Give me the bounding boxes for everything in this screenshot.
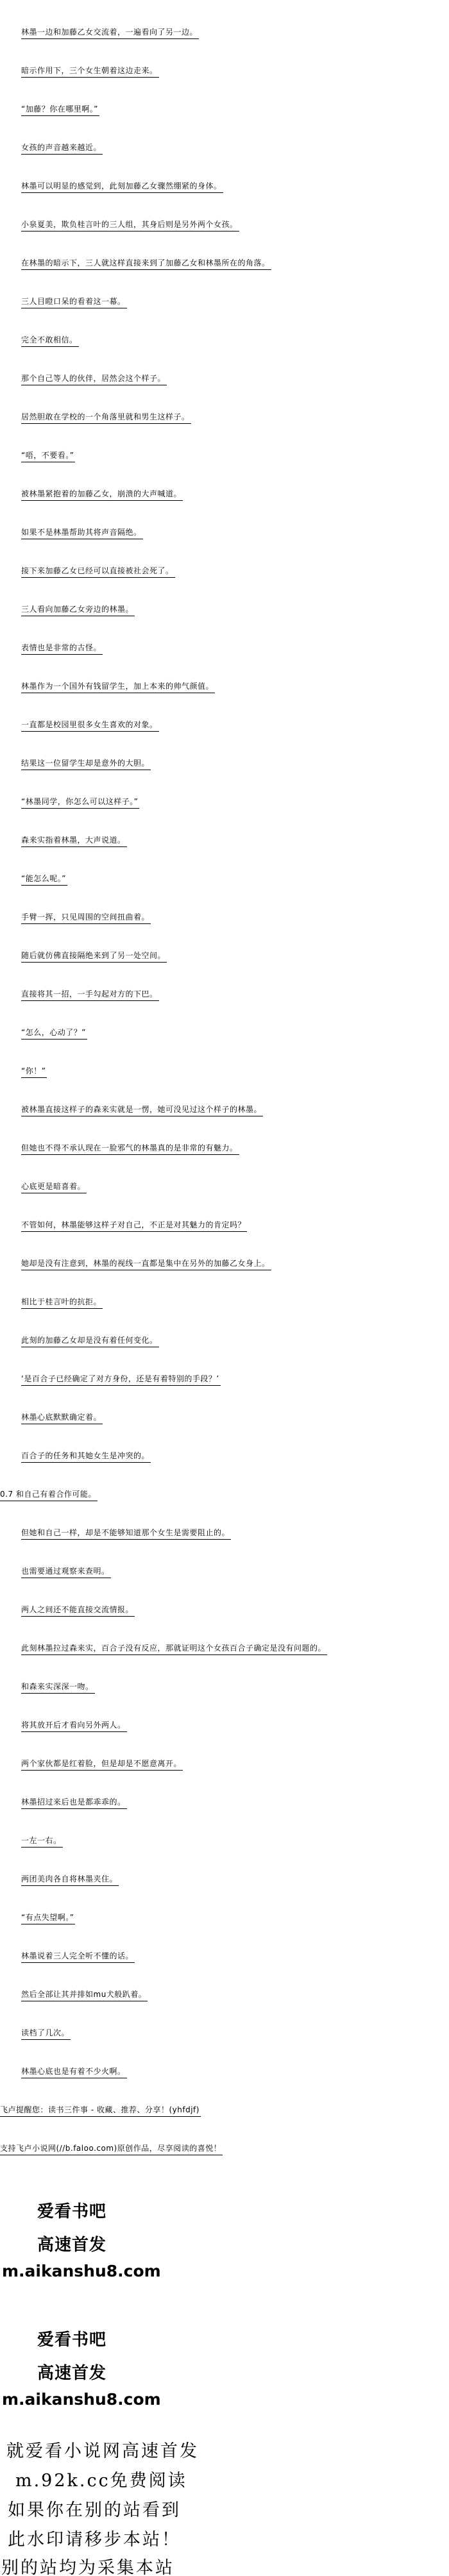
paragraph-line: 一直都是校园里很多女生喜欢的对象。 [21, 720, 159, 732]
paragraph-line: 手臂一挥，只见周围的空间扭曲着。 [21, 913, 151, 924]
paragraph-line: 林墨心底默默确定着。 [21, 1413, 103, 1424]
paragraph-line: “能怎么呢。” [21, 874, 67, 886]
paragraph-line: 林墨一边和加藤乙女交流着，一遍看向了另一边。 [21, 28, 199, 39]
paragraph-line: 林墨招过来后也是都乖乖的。 [21, 1797, 127, 1809]
paragraph-line: 完全不敢相信。 [21, 335, 79, 347]
paragraph-line: 小泉夏美，欺负桂言叶的三人组，其身后则是另外两个女孩。 [21, 220, 239, 232]
paragraph-line: 将其放开后才看向另外两人。 [21, 1721, 127, 1732]
paragraph-line: 那个自己等人的伙伴，居然会这个样子。 [21, 374, 167, 385]
paragraph-line: 百合子的任务和其她女生是冲突的。 [21, 1451, 151, 1463]
paragraph-line: 此刻的加藤乙女却是没有着任何变化。 [21, 1336, 159, 1347]
watermark-subtitle: 高速首发 [37, 2232, 106, 2255]
paragraph-line: 表情也是非常的古怪。 [21, 643, 103, 655]
paragraph-line: 接下来加藤乙女已经可以直接被社会死了。 [21, 566, 175, 578]
paragraph-line: 林墨心底也是有着不少火啊。 [21, 2067, 127, 2078]
paragraph-line: “有点失望啊。” [21, 1913, 75, 1924]
paragraph-line: 三人看向加藤乙女旁边的林墨。 [21, 605, 135, 616]
notice-line: m.92k.cc免费阅读 [15, 2466, 187, 2491]
paragraph-line: 林墨可以明显的感觉到，此刻加藤乙女骤然绷紧的身体。 [21, 181, 223, 193]
paragraph-line: 如果不是林墨帮助其将声音隔绝。 [21, 528, 143, 539]
paragraph-line: 在林墨的暗示下，三人就这样直接来到了加藤乙女和林墨所在的角落。 [21, 258, 271, 270]
paragraph-line: 两团美肉各自将林墨夹住。 [21, 1874, 119, 1886]
paragraph-line: 森来实指着林墨，大声说道。 [21, 836, 127, 847]
watermark-title: 爱看书吧 [37, 2327, 106, 2350]
watermark-subtitle: 高速首发 [37, 2360, 106, 2384]
paragraph-line: 林墨作为一个国外有钱留学生，加上本来的帅气颜值。 [21, 682, 215, 693]
paragraph-line: 三人目瞪口呆的看着这一幕。 [21, 297, 127, 308]
paragraph-line: 结果这一位留学生却是意外的大胆。 [21, 759, 151, 770]
paragraph-line: 然后全部让其并排如mu犬般趴着。 [21, 1990, 148, 2001]
paragraph-line: 0.7 和自己有着合作可能。 [0, 1490, 97, 1501]
paragraph-line: 被林墨紧抱着的加藤乙女，崩溃的大声喊道。 [21, 489, 183, 501]
paragraph-line: ‘是百合子已经确定了对方身份，还是有着特别的手段？’ [21, 1374, 221, 1386]
paragraph-line: 但她和自己一样，却是不能够知道那个女生是需要阻止的。 [21, 1528, 231, 1540]
paragraph-line: “林墨同学，你怎么可以这样子。” [21, 797, 139, 809]
paragraph-line: 暗示作用下，三个女生朝着这边走来。 [21, 66, 159, 78]
watermark-title: 爱看书吧 [37, 2198, 106, 2222]
paragraph-line: 但她也不得不承认现在一脸邪气的林墨真的是非常的有魅力。 [21, 1143, 239, 1155]
paragraph-line: 心底更是暗喜着。 [21, 1182, 87, 1193]
footer-reminder: 飞卢提醒您：读书三件事 - 收藏、推荐、分享！(yhfdjf) [0, 2105, 201, 2117]
paragraph-line: 两个家伙都是红着脸，但是却是不愿意离开。 [21, 1759, 183, 1771]
watermark-url: m.aikanshu8.com [2, 2390, 161, 2409]
paragraph-line: 她却是没有注意到，林墨的视线一直都是集中在另外的加藤乙女身上。 [21, 1259, 271, 1270]
paragraph-line: 读档了几次。 [21, 2028, 71, 2040]
paragraph-line: 相比于桂言叶的抗拒。 [21, 1297, 103, 1309]
paragraph-line: 不管如何，林墨能够这样子对自己，不正是对其魅力的肯定吗？ [21, 1220, 247, 1232]
notice-line: 此水印请移步本站！ [8, 2525, 181, 2550]
watermark-url: m.aikanshu8.com [2, 2262, 161, 2280]
paragraph-line: 被林墨直接这样子的森来实就是一愣，她可没见过这个样子的林墨。 [21, 1105, 263, 1116]
paragraph-line: 随后就仿佛直接隔绝来到了另一处空间。 [21, 951, 167, 963]
paragraph-line: “怎么，心动了？” [21, 1028, 87, 1040]
notice-line: 如果你在别的站看到 [8, 2496, 181, 2521]
paragraph-line: 林墨说着三人完全听不懂的话。 [21, 1951, 135, 1963]
paragraph-line: 也需要通过观察来查明。 [21, 1567, 111, 1578]
paragraph-line: 女孩的声音越来越近。 [21, 143, 103, 155]
paragraph-line: 和森来实深深一吻。 [21, 1682, 95, 1694]
footer-support: 支持飞卢小说网(//b.faloo.com)原创作品，尽享阅读的喜悦！ [0, 2144, 223, 2155]
notice-line: 别的站均为采集本站 [1, 2554, 174, 2576]
paragraph-line: 此刻林墨拉过森来实，百合子没有反应，那就证明这个女孩百合子确定是没有问题的。 [21, 1644, 327, 1655]
paragraph-line: “你！” [21, 1066, 47, 1078]
paragraph-line: 两人之间还不能直接交流情报。 [21, 1605, 135, 1617]
paragraph-line: “唔，不要看。” [21, 451, 75, 462]
paragraph-line: 直接将其一招，一手勾起对方的下巴。 [21, 989, 159, 1001]
paragraph-line: 一左一右。 [21, 1836, 63, 1848]
paragraph-line: 居然胆敢在学校的一个角落里就和男生这样子。 [21, 412, 191, 424]
notice-line: 就爱看小说网高速首发 [6, 2437, 199, 2462]
paragraph-line: “加藤？你在哪里啊。” [21, 105, 99, 116]
